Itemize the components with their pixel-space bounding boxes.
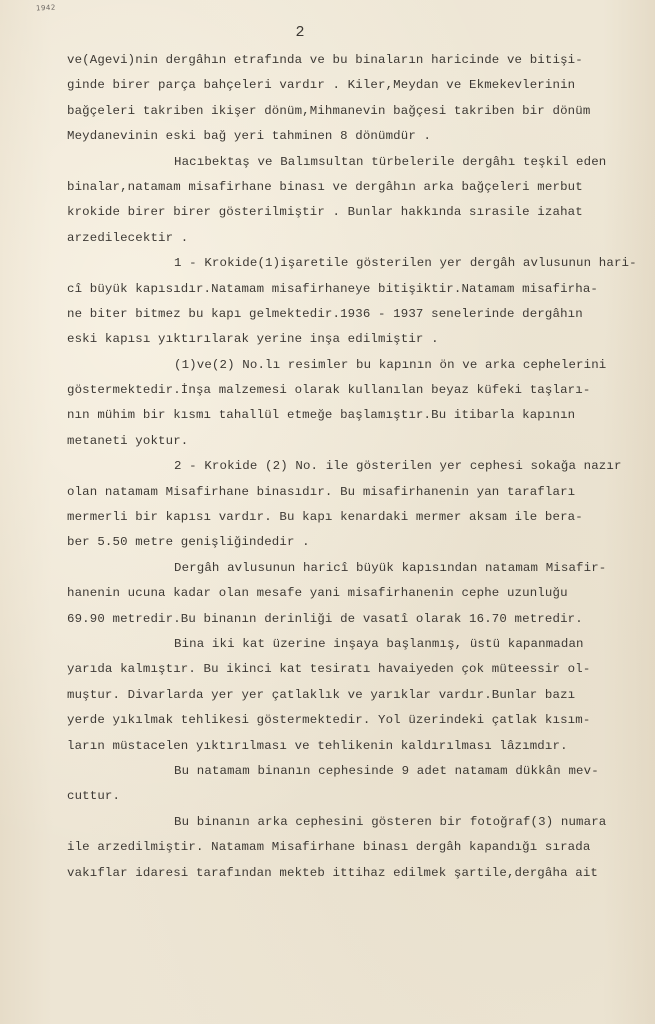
- document-page: 1942 2 ve(Agevi)nin dergâhın etrafında v…: [0, 0, 655, 1024]
- paragraph-first-line: Dergâh avlusunun haricî büyük kapısından…: [67, 556, 647, 581]
- paragraph-first-line: Hacıbektaş ve Balımsultan türbelerile de…: [67, 150, 647, 175]
- text-line: ne biter bitmez bu kapı gelmektedir.1936…: [67, 302, 647, 327]
- text-line: ve(Agevi)nin dergâhın etrafında ve bu bi…: [67, 48, 647, 73]
- text-line: ların müstacelen yıktırılması ve tehlike…: [67, 734, 647, 759]
- paragraph-first-line: Bina iki kat üzerine inşaya başlanmış, ü…: [67, 632, 647, 657]
- text-line: ber 5.50 metre genişliğindedir .: [67, 530, 647, 555]
- text-line: ginde birer parça bahçeleri vardır . Kil…: [67, 73, 647, 98]
- text-line: cuttur.: [67, 784, 647, 809]
- text-line: Meydanevinin eski bağ yeri tahminen 8 dö…: [67, 124, 647, 149]
- page-number: 2: [0, 24, 600, 41]
- text-line: metaneti yoktur.: [67, 429, 647, 454]
- paragraph-first-line: Bu binanın arka cephesini gösteren bir f…: [67, 810, 647, 835]
- text-line: 69.90 metredir.Bu binanın derinliği de v…: [67, 607, 647, 632]
- document-body: ve(Agevi)nin dergâhın etrafında ve bu bi…: [67, 48, 647, 886]
- text-line: yerde yıkılmak tehlikesi göstermektedir.…: [67, 708, 647, 733]
- text-line: eski kapısı yıktırılarak yerine inşa edi…: [67, 327, 647, 352]
- text-line: mermerli bir kapısı vardır. Bu kapı kena…: [67, 505, 647, 530]
- text-line: vakıflar idaresi tarafından mekteb ittih…: [67, 861, 647, 886]
- text-line: cî büyük kapısıdır.Natamam misafirhaneye…: [67, 277, 647, 302]
- paragraph-first-line: 2 - Krokide (2) No. ile gösterilen yer c…: [67, 454, 647, 479]
- text-line: binalar,natamam misafirhane binası ve de…: [67, 175, 647, 200]
- paragraph-first-line: 1 - Krokide(1)işaretile gösterilen yer d…: [67, 251, 647, 276]
- text-line: hanenin ucuna kadar olan mesafe yani mis…: [67, 581, 647, 606]
- text-line: göstermektedir.İnşa malzemesi olarak kul…: [67, 378, 647, 403]
- paragraph-first-line: (1)ve(2) No.lı resimler bu kapının ön ve…: [67, 353, 647, 378]
- text-line: krokide birer birer gösterilmiştir . Bun…: [67, 200, 647, 225]
- text-line: muştur. Divarlarda yer yer çatlaklık ve …: [67, 683, 647, 708]
- archive-note: 1942: [36, 3, 56, 12]
- text-line: nın mühim bir kısmı tahallül etmeğe başl…: [67, 403, 647, 428]
- text-line: ile arzedilmiştir. Natamam Misafirhane b…: [67, 835, 647, 860]
- text-line: bağçeleri takriben ikişer dönüm,Mihmanev…: [67, 99, 647, 124]
- text-line: olan natamam Misafirhane binasıdır. Bu m…: [67, 480, 647, 505]
- text-line: yarıda kalmıştır. Bu ikinci kat tesiratı…: [67, 657, 647, 682]
- paragraph-first-line: Bu natamam binanın cephesinde 9 adet nat…: [67, 759, 647, 784]
- text-line: arzedilecektir .: [67, 226, 647, 251]
